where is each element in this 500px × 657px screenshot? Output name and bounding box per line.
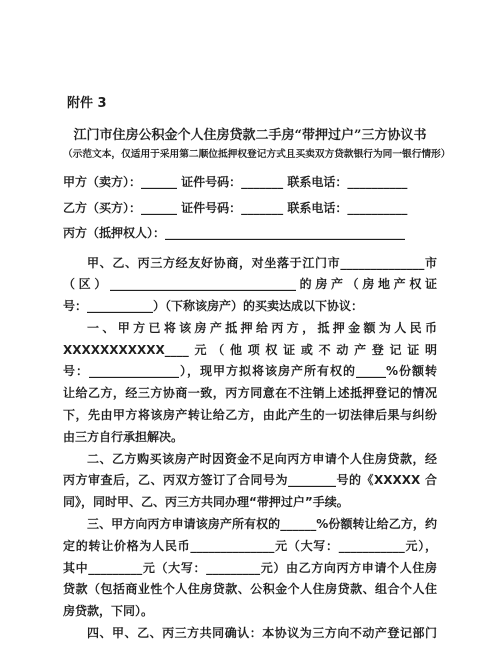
document-page: 附件 3 江门市住房公积金个人住房贷款二手房“带押过户”三方协议书 （示范文本，… [0,0,500,657]
body-line: 号：___________）（下称该房产）的买卖达成以下协议： [63,296,437,318]
document-title: 江门市住房公积金个人住房贷款二手房“带押过户”三方协议书 [63,126,437,145]
party-line-buyer: 乙方（买方）：______ 证件号码：_______ 联系电话：________… [63,196,437,222]
body-line: 号：_______________），现甲方拟将该房产所有权的_____%份额转 [63,361,437,383]
body-line: 三、甲方向丙方申请该房产所有权的______%份额转让给乙方，约 [63,514,437,536]
body-line: 房贷款，下同）。 [63,601,437,623]
body-line: （区）_______________________________的房产（房地… [63,274,437,296]
body-line: 四、甲、乙、丙三方共同确认：本协议为三方向不动产登记部门 [63,623,437,645]
body-line: 下，先由甲方将该房产转让给乙方，由此产生的一切法律后果与纠纷 [63,405,437,427]
party-line-seller: 甲方（卖方）：______ 证件号码：_______ 联系电话：________… [63,170,437,196]
party-section: 甲方（卖方）：______ 证件号码：_______ 联系电话：________… [63,170,437,247]
body-line: 同》，同时甲、乙、丙三方共同办理“带押过户”手续。 [63,492,437,514]
document-content: 附件 3 江门市住房公积金个人住房贷款二手房“带押过户”三方协议书 （示范文本，… [0,0,500,645]
body-line: 一、甲方已将该房产抵押给丙方，抵押金额为人民币 [63,318,437,340]
document-subtitle: （示范文本，仅适用于采用第二顺位抵押权登记方式且买卖双方贷款银行为同一银行情形） [63,148,437,161]
body-line: 定的转让价格为人民币______________元（大写：___________… [63,536,437,558]
attachment-label: 附件 3 [67,96,437,112]
body-line: 甲、乙、丙三方经友好协商，对坐落于江门市______________市 [63,253,437,275]
body-section: 甲、乙、丙三方经友好协商，对坐落于江门市______________市 （区）_… [63,253,437,645]
party-line-mortgagee: 丙方（抵押权人）：_______________________________… [63,221,437,247]
body-line: 二、乙方购买该房产时因资金不足向丙方申请个人住房贷款，经 [63,449,437,471]
body-line: 由三方自行承担解决。 [63,427,437,449]
body-line: XXXXXXXXXXX____元（他项权证或不动产登记证明 [63,340,437,362]
body-line: 丙方审查后，乙、丙双方签订了合同号为________号的《XXXXX 合 [63,470,437,492]
body-line: 贷款（包括商业性个人住房贷款、公积金个人住房贷款、组合个人住 [63,579,437,601]
body-line: 让给乙方，经三方协商一致，丙方同意在不注销上述抵押登记的情况 [63,383,437,405]
body-line: 其中_________元（大写：_________元）由乙方向丙方申请个人住房 [63,558,437,580]
